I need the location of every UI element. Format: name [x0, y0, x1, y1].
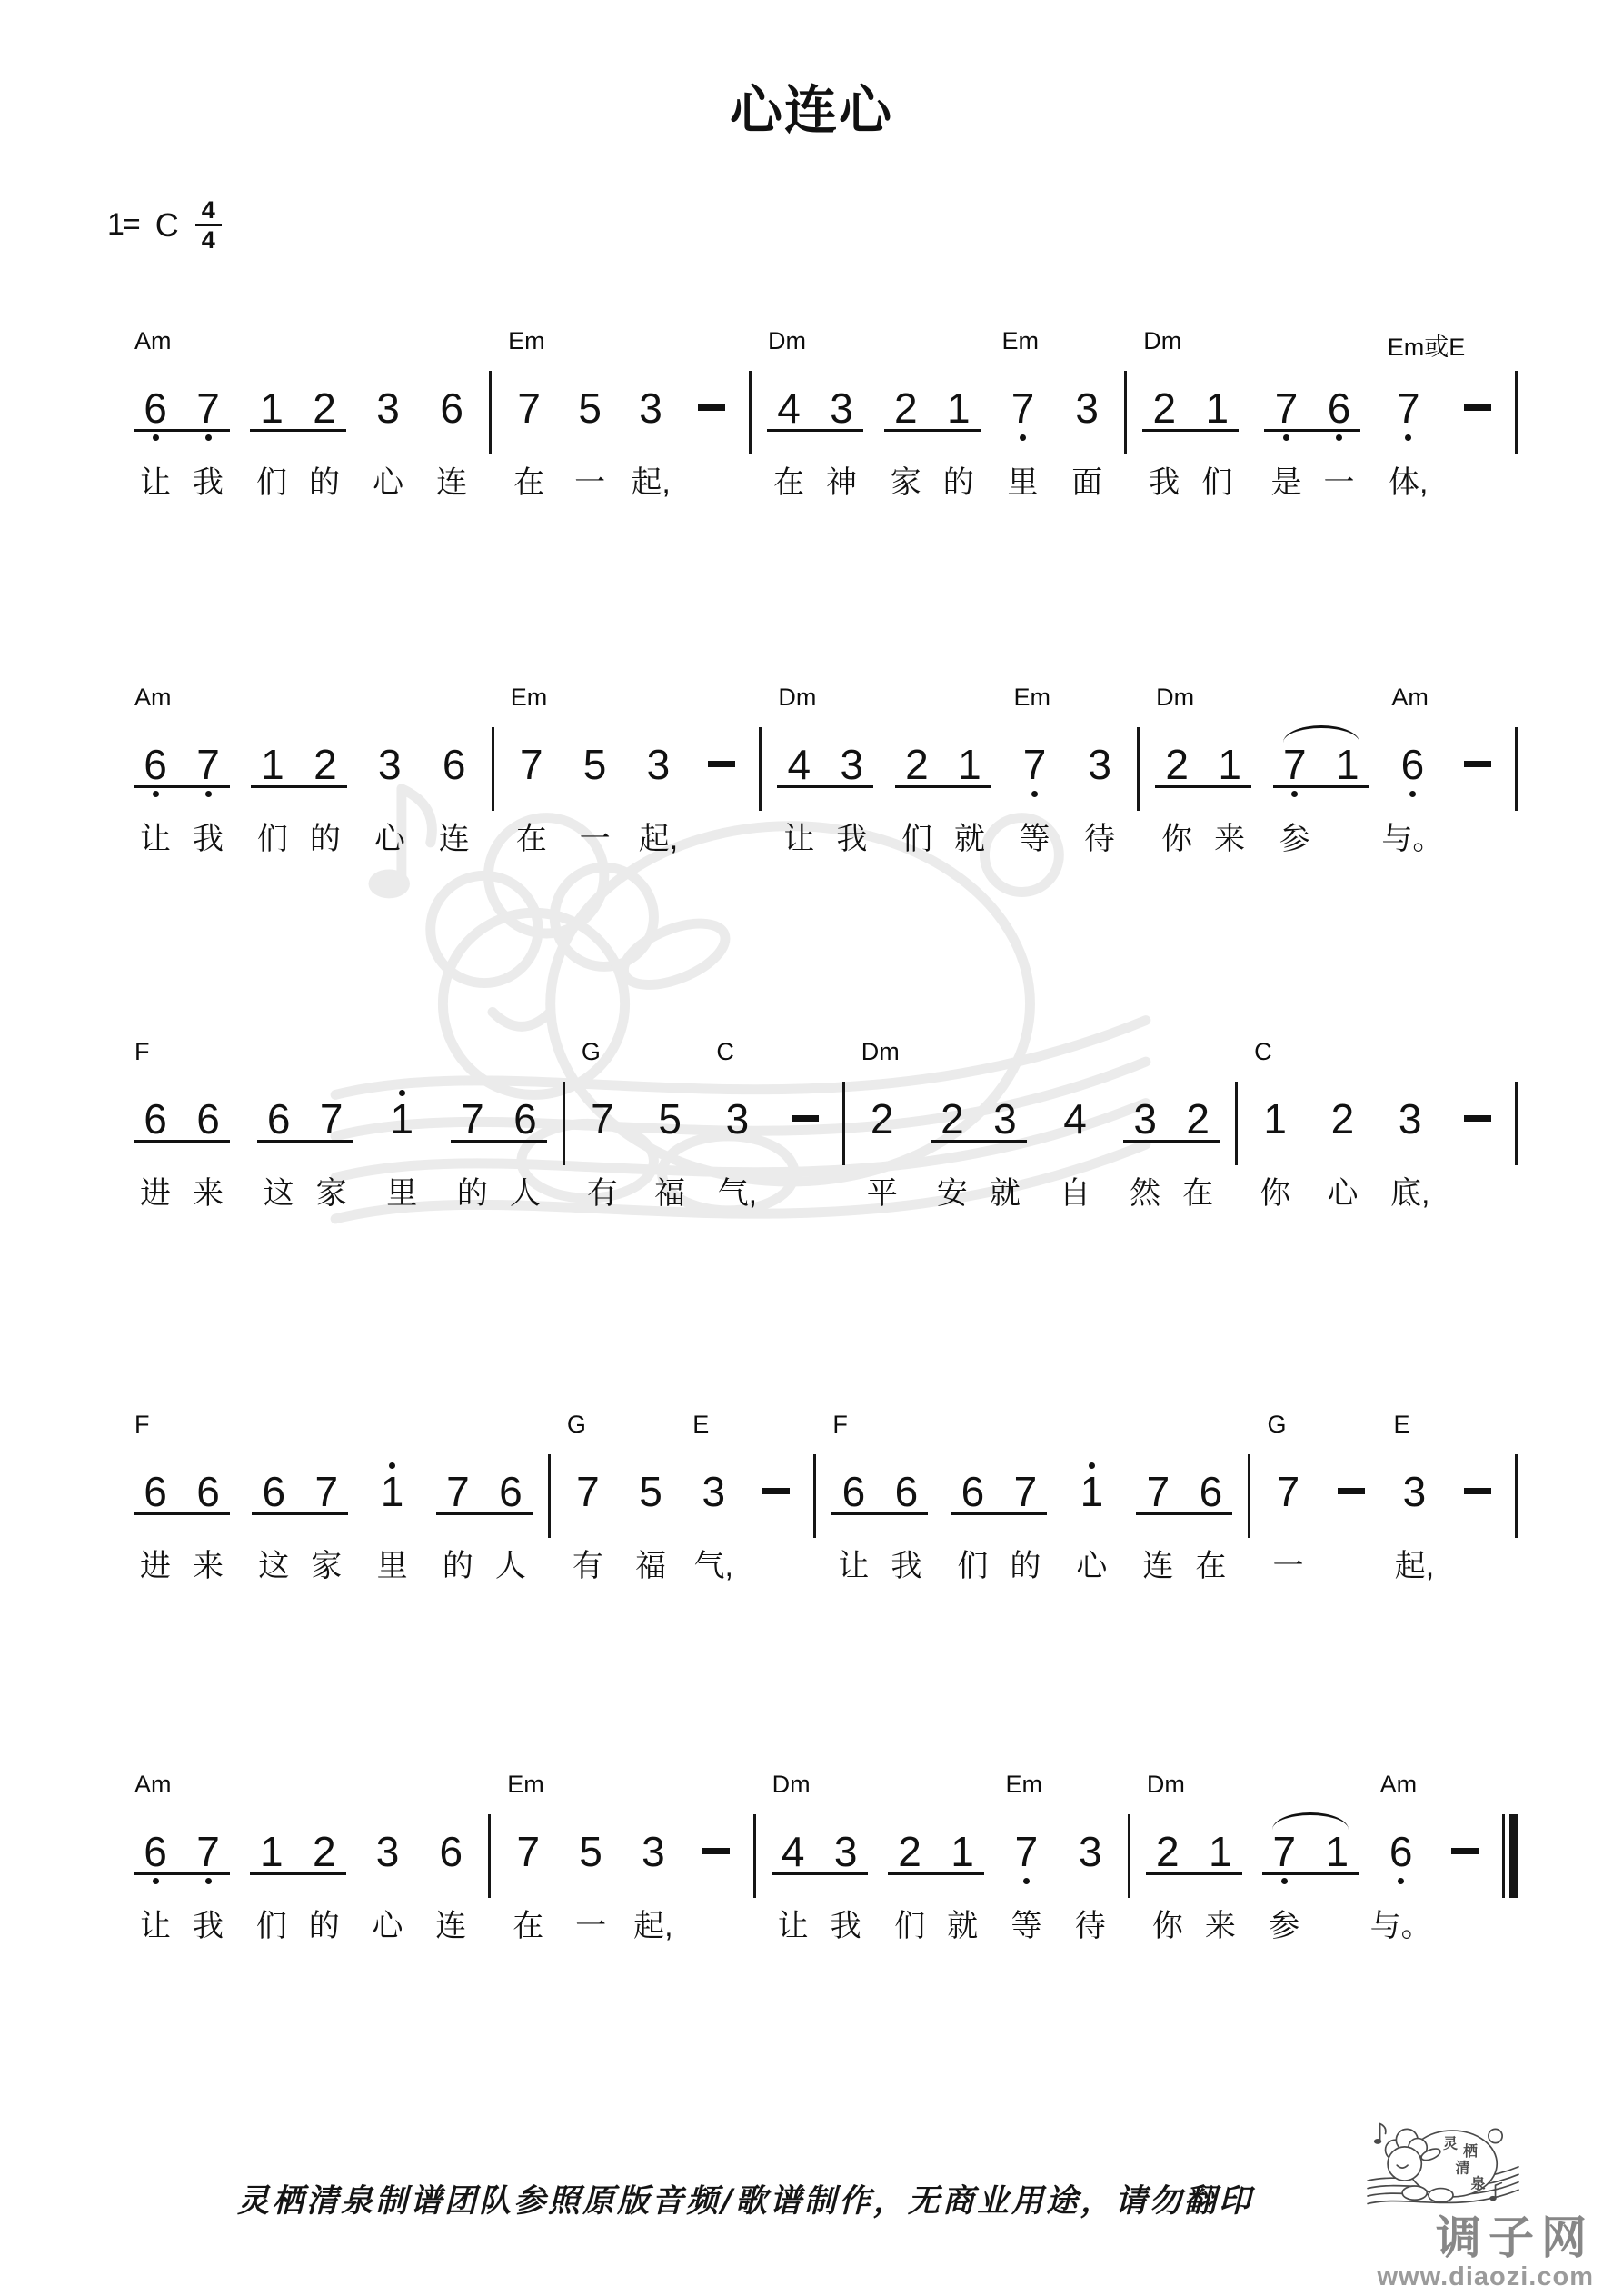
note-cells — [695, 725, 748, 858]
lyric: 底, — [1390, 1174, 1429, 1213]
lyric: 我 — [193, 820, 224, 858]
measure: Dm4在3神2家1的Em7里3面 — [752, 327, 1124, 502]
note-digit: 7 — [315, 1469, 339, 1514]
chord-label: Em — [1001, 327, 1039, 355]
lyric: 参 — [1269, 1907, 1299, 1945]
lyric: 里 — [386, 1174, 417, 1213]
note-digit: 1 — [390, 1096, 413, 1142]
note-unit: G7一 — [1261, 1411, 1314, 1585]
beam-line — [436, 1512, 533, 1515]
note-digit: 7 — [591, 1096, 614, 1142]
note-digit: 5 — [639, 1469, 662, 1514]
lyric: 们 — [957, 1547, 988, 1585]
measure: C1你2心3底, — [1238, 1038, 1515, 1213]
beam-line — [831, 1512, 928, 1515]
beam-line — [767, 429, 863, 432]
sheep-logo-icon: 灵 栖 清 泉 — [1365, 2116, 1521, 2216]
note-digit: 3 — [1079, 1829, 1102, 1874]
note-cells: 2平 — [856, 1080, 909, 1213]
note-digit: 7 — [520, 742, 543, 787]
note-cells: 6进6来 — [129, 1452, 234, 1585]
note-cells: 7连6在 — [1131, 1452, 1237, 1585]
note-unit: C3气, — [711, 1038, 763, 1213]
lyric: 来 — [193, 1174, 224, 1213]
note-unit: 4自 — [1049, 1038, 1101, 1213]
beam-line — [134, 1872, 230, 1875]
note-unit — [1451, 1038, 1504, 1213]
beam-line — [1264, 429, 1360, 432]
key-signature: 1= C 4 4 — [107, 196, 222, 254]
note: 7家 — [305, 1080, 358, 1213]
dash-note — [708, 761, 735, 767]
beam-line — [250, 429, 346, 432]
note-unit: Am6让7我 — [129, 1771, 234, 1945]
note-cells: 5一 — [563, 369, 616, 502]
site-block: 调子网 www.diaozi.com — [1377, 2214, 1594, 2292]
note-unit: 3心 — [363, 684, 416, 858]
note: 6连 — [428, 725, 481, 858]
note-cells — [685, 369, 738, 502]
note: 7我 — [182, 369, 234, 502]
note-digit: 6 — [196, 1096, 220, 1142]
octave-dot-low — [1031, 787, 1038, 805]
note-digit: 7 — [1023, 742, 1047, 787]
note: 6连 — [425, 369, 478, 502]
note-unit: 1们2的 — [245, 327, 351, 502]
site-url: www.diaozi.com — [1377, 2261, 1594, 2292]
note — [1451, 1452, 1504, 1585]
note-digit: 5 — [579, 1829, 602, 1874]
note-unit: 5一 — [563, 327, 616, 502]
note-cells: 3起, — [627, 1812, 680, 1945]
note: 6进 — [129, 1452, 182, 1585]
note-digit: 1 — [1218, 742, 1241, 787]
lyric: 的 — [309, 464, 340, 502]
beam-line — [250, 1872, 346, 1875]
lyric: 人 — [510, 1174, 541, 1213]
note-unit: 1心 — [1065, 1411, 1118, 1585]
dash-note — [792, 1115, 819, 1122]
note-unit: Em7等 — [1000, 1771, 1052, 1945]
note: 4自 — [1049, 1080, 1101, 1213]
note-unit: E3气, — [687, 1411, 740, 1585]
note-digit: 2 — [894, 385, 918, 431]
note — [685, 369, 738, 502]
lyric: 有 — [587, 1174, 618, 1213]
measure: G7有5福E3气, — [551, 1411, 814, 1585]
note-unit: 2们1就 — [883, 1771, 989, 1945]
lyric: 心 — [374, 820, 405, 858]
note: 7参 — [1258, 1812, 1310, 1945]
lyric: 是 — [1270, 464, 1301, 502]
measure: G7一E3起, — [1250, 1411, 1515, 1585]
note-digit: 2 — [941, 1096, 964, 1142]
chord-label: Dm — [1143, 327, 1181, 355]
note-digit: 3 — [1399, 1096, 1422, 1142]
note-digit: 7 — [1275, 385, 1299, 431]
logo-char: 栖 — [1463, 2142, 1478, 2160]
note-digit: 7 — [196, 1829, 220, 1874]
beam-line — [1142, 429, 1239, 432]
octave-dot — [1405, 434, 1411, 441]
note-digit: 6 — [144, 1096, 167, 1142]
chord-label: Dm — [772, 1771, 811, 1799]
note: 1来 — [1194, 1812, 1247, 1945]
note-cells: 2心 — [1316, 1080, 1369, 1213]
note: 6连 — [424, 1812, 477, 1945]
measure: Em7在5一3起, — [492, 327, 749, 502]
lyric: 们 — [894, 1907, 925, 1945]
note: 3神 — [815, 369, 868, 502]
logo-char: 泉 — [1470, 2175, 1485, 2192]
lyric: 气, — [694, 1547, 733, 1585]
lyric: 然 — [1130, 1174, 1160, 1213]
note-digit: 2 — [898, 1829, 921, 1874]
lyric: 连 — [1142, 1547, 1173, 1585]
note: 6让 — [129, 369, 182, 502]
note: 2你 — [1150, 725, 1203, 858]
note-digit: 7 — [1011, 385, 1035, 431]
measure: Em7在5一3起, — [491, 1771, 752, 1945]
note-digit: 1 — [1205, 385, 1229, 431]
note-digit: 2 — [1156, 1829, 1180, 1874]
note-cells: 3气, — [687, 1452, 740, 1585]
lyric: 的 — [943, 464, 974, 502]
note-unit: 1们2的 — [245, 1771, 351, 1945]
note-digit: 6 — [842, 1469, 866, 1514]
chord-label: Dm — [1147, 1771, 1185, 1799]
note-digit: 2 — [871, 1096, 894, 1142]
note-unit: 5福 — [624, 1411, 677, 1585]
note-digit: 3 — [830, 385, 853, 431]
octave-dot — [1336, 434, 1342, 441]
score-system: Am6让7我1们2的3心6连Em7在5一3起,Dm4让3我2们1就Em7等3待D… — [118, 684, 1518, 858]
chord-label: C — [716, 1038, 734, 1066]
note-unit: 1里 — [375, 1038, 428, 1213]
lyric: 福 — [654, 1174, 685, 1213]
note-digit — [762, 1469, 790, 1514]
lyric: 平 — [867, 1174, 898, 1213]
note-digit: 3 — [1088, 742, 1111, 787]
dash-note — [702, 1848, 730, 1854]
note: 3起, — [632, 725, 684, 858]
note-digit: 7 — [1283, 742, 1307, 787]
note-unit: 3底, — [1384, 1038, 1437, 1213]
lyric: 待 — [1084, 820, 1115, 858]
chord-label: G — [1267, 1411, 1286, 1439]
note-digit: 4 — [777, 385, 801, 431]
dash-note — [1464, 404, 1491, 411]
note-cells: 4自 — [1049, 1080, 1101, 1213]
note-cells: 4在3神 — [762, 369, 868, 502]
note-unit: Em7里 — [996, 327, 1049, 502]
time-denominator: 4 — [195, 226, 222, 254]
lyric: 起, — [631, 464, 670, 502]
barline-thin — [1502, 1814, 1505, 1898]
note-digit: 2 — [1165, 742, 1189, 787]
note: 7参 — [1269, 725, 1321, 858]
note-unit: 6连 — [425, 327, 478, 502]
lyric: 一 — [574, 464, 605, 502]
lyric: 们 — [256, 464, 287, 502]
octave-dot — [1283, 434, 1289, 441]
beam-line — [1155, 785, 1251, 788]
note: 1们 — [1190, 369, 1243, 502]
note-digit: 1 — [1080, 1469, 1104, 1514]
note-unit: C1你 — [1249, 1038, 1301, 1213]
measure: Em7在5一3起, — [494, 684, 760, 858]
barline — [1515, 1454, 1518, 1538]
note: 7有 — [576, 1080, 629, 1213]
note-cells: 7体, — [1382, 369, 1435, 502]
note-unit: Dm2你1来 — [1141, 1771, 1247, 1945]
chord-label: Em — [508, 327, 545, 355]
note-digit: 3 — [376, 385, 400, 431]
chord-label: Am — [1380, 1771, 1418, 1799]
note: 3就 — [979, 1080, 1031, 1213]
note-unit: 3待 — [1064, 1771, 1117, 1945]
octave-dot-low — [1020, 431, 1026, 449]
octave-dot — [1020, 434, 1026, 441]
chord-label: F — [134, 1411, 150, 1439]
note-digit: 3 — [378, 742, 402, 787]
beam-line — [895, 785, 991, 788]
note: 4让 — [767, 1812, 820, 1945]
note-unit: 6这7家 — [247, 1411, 353, 1585]
note-unit: 5一 — [569, 684, 622, 858]
note-cells: 6与。 — [1386, 725, 1439, 858]
site-name: 调子网 — [1377, 2214, 1594, 2261]
note-cells: 7参1 — [1258, 1812, 1363, 1945]
note-digit: 7 — [1397, 385, 1420, 431]
lyric: 的 — [1010, 1547, 1041, 1585]
note-digit: 7 — [1147, 1469, 1170, 1514]
chord-label: E — [692, 1411, 709, 1439]
note-digit: 3 — [834, 1829, 858, 1874]
note-unit: 3面 — [1060, 327, 1113, 502]
measure: Am6让7我1们2的3心6连 — [118, 1771, 488, 1945]
lyric: 心 — [1327, 1174, 1358, 1213]
lyric: 心 — [373, 1907, 403, 1945]
note-cells: 3然2在 — [1119, 1080, 1224, 1213]
note-digit: 7 — [461, 1096, 484, 1142]
note-unit: G7有 — [576, 1038, 629, 1213]
note-cells: 7参1 — [1269, 725, 1374, 858]
note-unit: F6进6来 — [129, 1038, 234, 1213]
note: 3心 — [362, 369, 414, 502]
note-digit: 6 — [144, 385, 167, 431]
note-cells: 7在 — [502, 1812, 554, 1945]
note-digit: 1 — [1209, 1829, 1232, 1874]
lyric: 在 — [513, 1907, 543, 1945]
chord-label: F — [134, 1038, 150, 1066]
note: 3起, — [624, 369, 677, 502]
note-digit: 6 — [895, 1469, 919, 1514]
note: 3起, — [627, 1812, 680, 1945]
note-cells: 6这7家 — [253, 1080, 358, 1213]
note-cells: 4让3我 — [772, 725, 878, 858]
note: 2心 — [1316, 1080, 1369, 1213]
beam-line — [451, 1140, 547, 1143]
note-cells: 3底, — [1384, 1080, 1437, 1213]
octave-dot-low — [153, 431, 159, 449]
measure: F6进6来6这7家1里7的6人 — [118, 1038, 563, 1213]
octave-dot-low — [205, 1874, 212, 1892]
note: 7在 — [502, 1812, 554, 1945]
note-cells: 6让6我 — [827, 1452, 932, 1585]
lyric: 来 — [193, 1547, 224, 1585]
note-unit: 3起, — [624, 327, 677, 502]
note-unit: 3待 — [1073, 684, 1126, 858]
lyric: 在 — [1195, 1547, 1226, 1585]
lyric: 来 — [1205, 1907, 1236, 1945]
note-unit: Dm2平 — [856, 1038, 909, 1213]
note: 1 — [1310, 1812, 1363, 1945]
chord-label: Em — [1014, 684, 1051, 712]
lyric: 我 — [193, 1907, 224, 1945]
dash-note — [1464, 1115, 1491, 1122]
note-digit — [1464, 1469, 1491, 1514]
note-cells: 5福 — [643, 1080, 696, 1213]
note — [690, 1812, 742, 1945]
note-digit: 3 — [642, 1829, 665, 1874]
score-system: F6进6来6这7家1里7的6人G7有5福C3气,Dm2平2安3就4自3然2在C1… — [118, 1038, 1518, 1213]
note: 5一 — [563, 369, 616, 502]
note: 1就 — [943, 725, 996, 858]
lyric: 与。 — [1381, 820, 1443, 858]
note-unit: 7的6人 — [446, 1038, 552, 1213]
note-cells — [750, 1452, 802, 1585]
note-digit: 6 — [440, 385, 463, 431]
note-unit: E3起, — [1388, 1411, 1440, 1585]
footer-credit: 灵栖清泉制谱团队参照原版音频/歌谱制作，无商业用途，请勿翻印 — [0, 2176, 1490, 2221]
note: 6与。 — [1386, 725, 1439, 858]
note-cells: 1们2的 — [245, 369, 351, 502]
note: 2家 — [880, 369, 932, 502]
note: 7我 — [182, 725, 234, 858]
note: 6来 — [182, 1452, 234, 1585]
lyric: 你 — [1152, 1907, 1183, 1945]
note-digit: 3 — [702, 1469, 725, 1514]
note: 7的 — [446, 1080, 499, 1213]
lyric: 们 — [1201, 464, 1232, 502]
note: 3面 — [1060, 369, 1113, 502]
logo-char: 清 — [1456, 2161, 1470, 2177]
dash-note — [762, 1488, 790, 1494]
note: 1里 — [375, 1080, 428, 1213]
note: 3起, — [1388, 1452, 1440, 1585]
note: 6这 — [247, 1452, 300, 1585]
note-cells — [690, 1812, 742, 1945]
beam-line — [134, 1140, 230, 1143]
lyric: 家 — [316, 1174, 347, 1213]
note: 2的 — [299, 725, 352, 858]
note-digit: 3 — [376, 1829, 400, 1874]
note-digit: 2 — [314, 742, 337, 787]
octave-dot-high — [399, 1080, 405, 1096]
note-digit: 5 — [578, 385, 602, 431]
note-cells — [1451, 1452, 1504, 1585]
chord-label: Am — [134, 327, 172, 355]
note-digit — [698, 385, 725, 431]
note-cells: 6让7我 — [129, 1812, 234, 1945]
note-cells: 7的6人 — [432, 1452, 537, 1585]
dash-note — [1464, 761, 1491, 767]
note-digit — [1464, 742, 1491, 787]
note-cells: 7在 — [503, 369, 555, 502]
note-unit — [695, 684, 748, 858]
measure: Am6让7我1们2的3心6连 — [118, 684, 492, 858]
key-tonic: C — [155, 206, 179, 245]
note-digit: 4 — [788, 742, 811, 787]
note-unit: F6进6来 — [129, 1411, 234, 1585]
octave-dot-low — [1291, 787, 1298, 805]
note-unit: 1里 — [366, 1411, 419, 1585]
note-digit: 6 — [144, 742, 167, 787]
note: 4让 — [772, 725, 825, 858]
octave-dot — [205, 434, 212, 441]
lyric: 的 — [457, 1174, 488, 1213]
note-digit: 3 — [1133, 1096, 1157, 1142]
lyric: 来 — [1214, 820, 1245, 858]
note-digit: 7 — [1277, 1469, 1300, 1514]
note-cells: 1们2的 — [245, 1812, 351, 1945]
note-digit: 1 — [261, 742, 284, 787]
octave-dot — [1281, 1878, 1288, 1884]
note-unit: Dm2你1来 — [1150, 684, 1256, 858]
note: 1就 — [936, 1812, 989, 1945]
note: 7在 — [503, 369, 555, 502]
note: 6我 — [880, 1452, 932, 1585]
lyric: 我 — [836, 820, 867, 858]
measure: F6进6来6这7家1里7的6人 — [118, 1411, 548, 1585]
lyric: 有 — [573, 1547, 603, 1585]
note-cells — [1451, 725, 1504, 858]
note-cells — [1325, 1452, 1378, 1585]
note-digit: 6 — [1401, 742, 1425, 787]
note: 7的 — [999, 1452, 1051, 1585]
note-digit: 1 — [958, 742, 981, 787]
dash-note — [1464, 1488, 1491, 1494]
lyric: 这 — [258, 1547, 289, 1585]
lyric: 人 — [495, 1547, 526, 1585]
lyric: 心 — [373, 464, 403, 502]
chord-label: Em — [507, 1771, 544, 1799]
note-digit: 2 — [313, 385, 336, 431]
note-cells: 5一 — [569, 725, 622, 858]
lyric: 们 — [257, 820, 288, 858]
note-digit: 7 — [196, 385, 220, 431]
note-digit — [1464, 1096, 1491, 1142]
note-unit: Em7在 — [503, 327, 555, 502]
note: 7在 — [505, 725, 558, 858]
note: 4在 — [762, 369, 815, 502]
note: 7连 — [1131, 1452, 1184, 1585]
note: 3心 — [362, 1812, 414, 1945]
note-digit: 6 — [144, 1469, 167, 1514]
note: 6让 — [827, 1452, 880, 1585]
note: 3待 — [1073, 725, 1126, 858]
octave-dot-low — [153, 1874, 159, 1892]
beam-line — [134, 1512, 230, 1515]
note-digit: 1 — [260, 1829, 284, 1874]
octave-dot-high — [1089, 1452, 1095, 1469]
note-cells: 7有 — [562, 1452, 614, 1585]
octave-dot — [205, 1878, 212, 1884]
note-digit: 7 — [1014, 1469, 1038, 1514]
note-digit: 3 — [726, 1096, 750, 1142]
barline — [1515, 1082, 1518, 1165]
